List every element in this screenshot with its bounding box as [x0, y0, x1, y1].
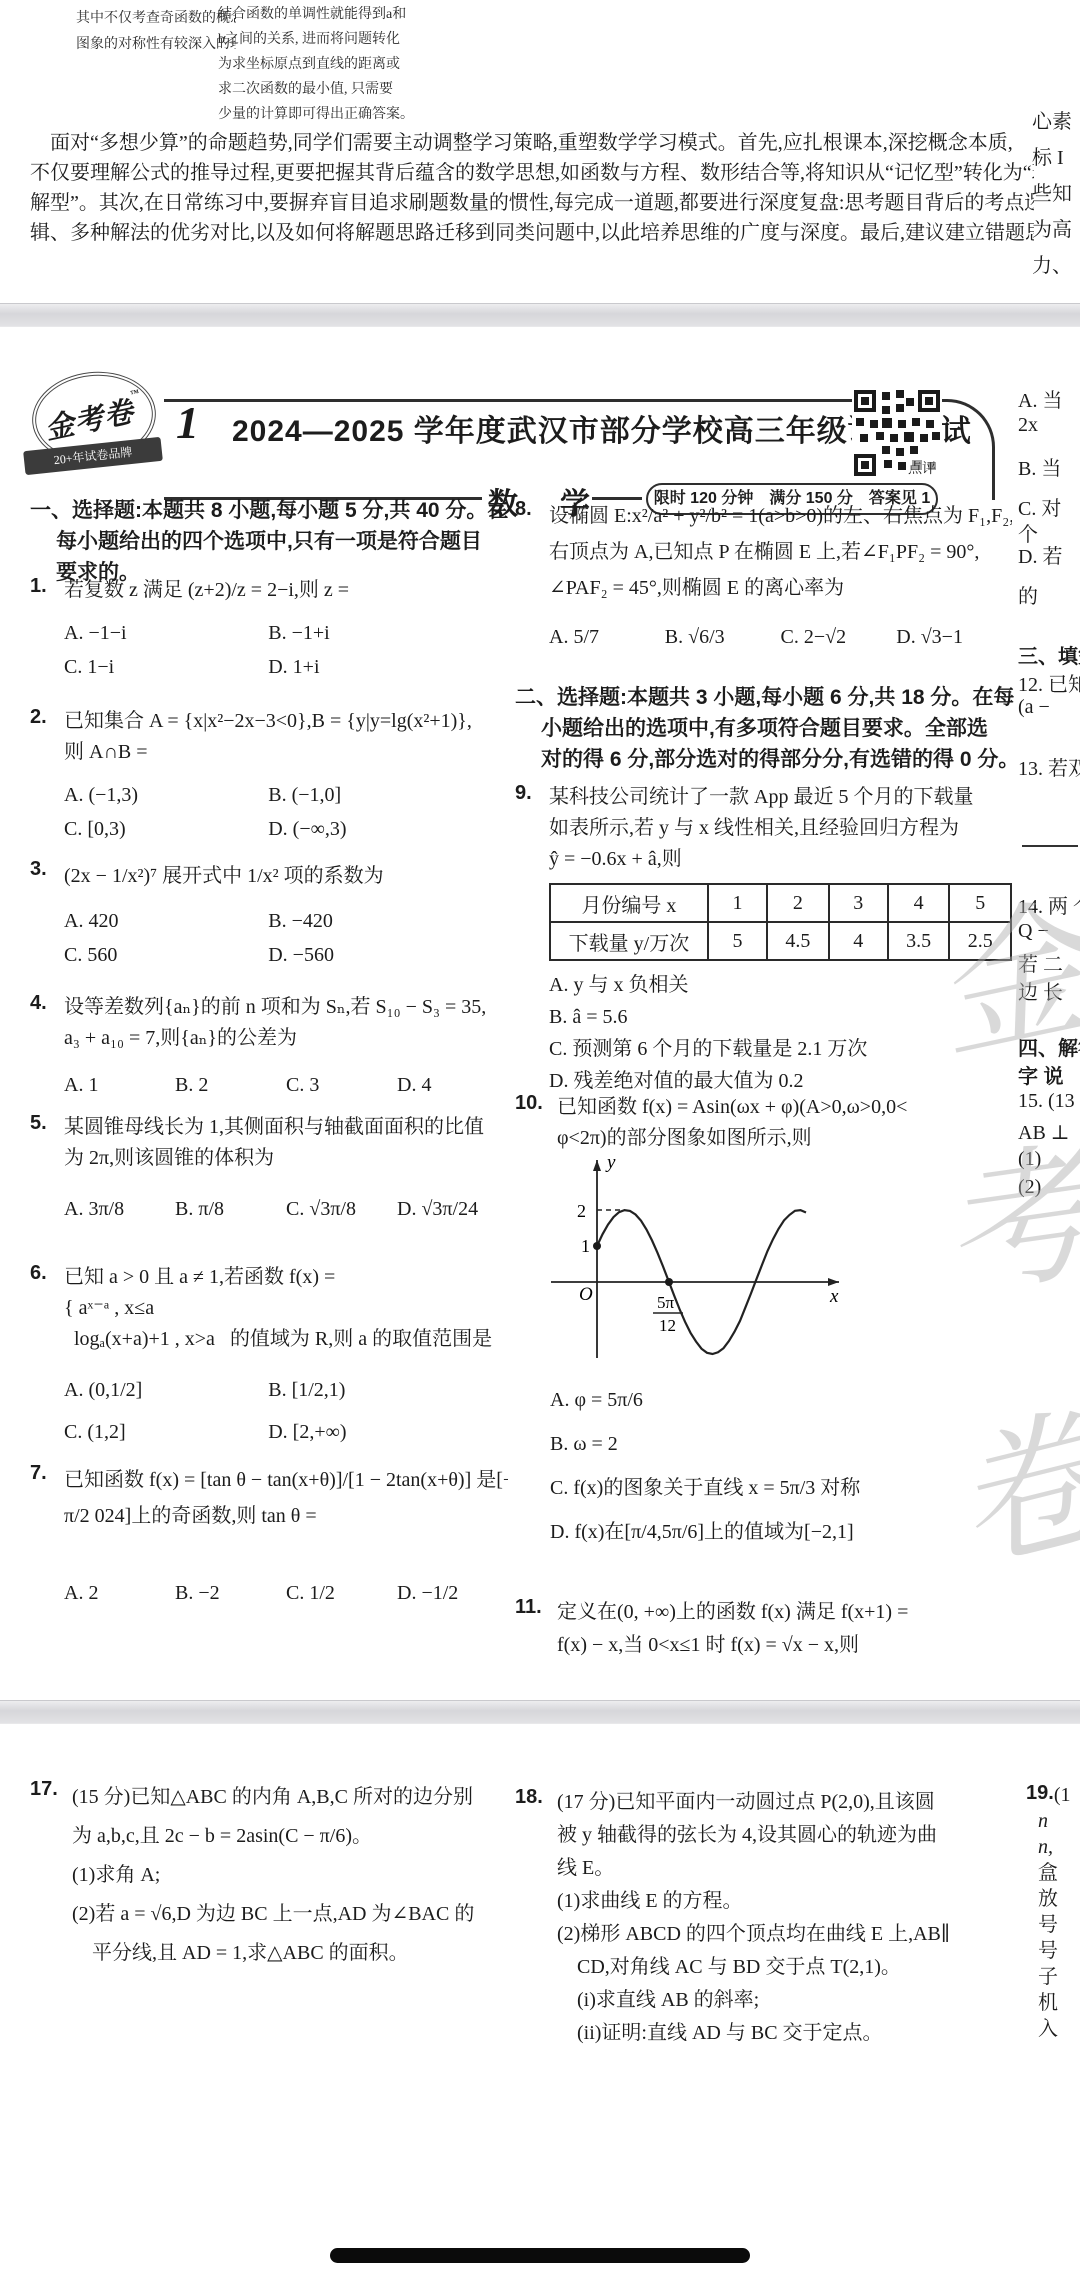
options-grid: A. 1 B. 2 C. 3 D. 4	[64, 1066, 508, 1104]
question-part-1: (1)求角 A;	[72, 1856, 512, 1895]
point-0-1	[593, 1242, 601, 1250]
logo-brand-text: 金考卷™	[41, 387, 147, 448]
question-part-1: (1)求曲线 E 的方程。	[557, 1885, 1015, 1918]
y-axis-label: y	[605, 1152, 616, 1173]
advice-paragraph: 面对“多想少算”的命题趋势,同学们需要主动调整学习策略,重塑数学学习模式。首先,…	[30, 128, 1034, 248]
option-c: C. 1/2	[286, 1574, 397, 1612]
question-stem: 则 A∩B =	[64, 737, 508, 768]
question-part-2: (2)梯形 ABCD 的四个顶点均在曲线 E 上,AB∥	[557, 1918, 1015, 1951]
screenshot-seam-top	[0, 303, 1080, 327]
table-cell: 4	[829, 922, 888, 960]
section-line: 小题给出的选项中,有多项符合题目要求。全部选	[515, 713, 1015, 744]
question-number: 5.	[30, 1112, 64, 1135]
sine-function-graph: y x O 2 1 5π 12	[545, 1150, 855, 1365]
question-number: 17.	[30, 1778, 72, 1801]
clipped-text: n	[1026, 1808, 1080, 1834]
option-d: D. f(x)在[π/4,5π/6]上的值域为[−2,1]	[550, 1510, 1010, 1554]
option-c: C. 560	[64, 938, 268, 972]
paragraph-line: 不仅要理解公式的推导过程,更要把握其背后蕴含的数学思想,如函数与方程、数形结合等…	[30, 158, 1034, 188]
option-c: C. 1−i	[64, 650, 268, 684]
option-b: B. −420	[268, 904, 508, 938]
option-b: B. 2	[175, 1066, 286, 1104]
option-d: D. (−∞,3)	[268, 812, 508, 846]
question-number: 4.	[30, 992, 64, 1015]
y-axis-arrow	[593, 1160, 601, 1171]
commentary-line: 结合函数的单调性就能得到a和	[218, 2, 408, 27]
table-cell: 月份编号 x	[550, 884, 708, 922]
question-stem: 某圆锥母线长为 1,其侧面积与轴截面面积的比值	[64, 1112, 508, 1143]
clipped-text: n,	[1026, 1834, 1080, 1860]
question-3: 3. (2x − 1/x²)⁷ 展开式中 1/x² 项的系数为 A. 420 B…	[30, 858, 508, 972]
question-stem: 如表所示,若 y 与 x 线性相关,且经验回归方程为	[549, 813, 1012, 844]
question-stem-piecewise: { aˣ⁻ᵃ , x≤a	[64, 1293, 508, 1324]
clipped-section-3-header: 三、填空	[1018, 640, 1080, 669]
question-1: 1. 若复数 z 满足 (z+2)/z = 2−i,则 z = A. −1−i …	[30, 575, 508, 684]
home-indicator[interactable]	[330, 2248, 750, 2263]
question-stem: 为 2π,则该圆锥的体积为	[64, 1143, 508, 1174]
question-stem: f(x) − x,当 0<x≤1 时 f(x) = √x − x,则	[557, 1629, 1012, 1662]
question-stem: a₃ + a₁₀ = 7,则{aₙ}的公差为	[64, 1023, 508, 1054]
clipped-text: 的	[1018, 580, 1038, 609]
option-b: B. −2	[175, 1574, 286, 1612]
commentary-line: b之间的关系, 进而将问题转化	[218, 27, 408, 52]
question-stem: 设椭圆 E:x²/a² + y²/b² = 1(a>b>0)的左、右焦点为 F₁…	[549, 498, 1012, 534]
table-cell: 2	[767, 884, 829, 922]
option-c: C. 3	[286, 1066, 397, 1104]
clipped-text: 号	[1026, 1912, 1080, 1938]
question-stem: 已知集合 A = {x|x²−2x−3<0},B = {y|y=lg(x²+1)…	[64, 706, 508, 737]
clipped-text: (1	[1054, 1782, 1071, 1808]
question-number: 8.	[515, 498, 549, 521]
clipped-text: 子	[1026, 1964, 1080, 1990]
origin-label: O	[579, 1284, 593, 1305]
qr-caption: 点评	[908, 458, 936, 478]
option-d: D. 1+i	[268, 650, 508, 684]
clipped-text: D. 若	[1018, 540, 1062, 569]
question-number: 1.	[30, 575, 64, 598]
question-line: 为 a,b,c,且 2c − b = 2asin(C − π/6)。	[72, 1817, 512, 1856]
question-8: 8. 设椭圆 E:x²/a² + y²/b² = 1(a>b>0)的左、右焦点为…	[515, 498, 1012, 656]
option-d: D. √3−1	[896, 618, 1012, 656]
question-number: 11.	[515, 1596, 557, 1619]
commentary-column-2: 结合函数的单调性就能得到a和 b之间的关系, 进而将问题转化 为求坐标原点到直线…	[218, 2, 408, 127]
option-b: B. −1+i	[268, 616, 508, 650]
clipped-text: 盒	[1026, 1860, 1080, 1886]
question-stem: 若复数 z 满足 (z+2)/z = 2−i,则 z =	[64, 575, 508, 606]
options-grid: A. 420 B. −420 C. 560 D. −560	[64, 904, 508, 972]
option-c: C. 2−√2	[781, 618, 897, 656]
question-number: 18.	[515, 1786, 557, 1809]
option-c: C. f(x)的图象关于直线 x = 5π/3 对称	[550, 1466, 1010, 1510]
question-stem: 设等差数列{aₙ}的前 n 项和为 Sₙ,若 S₁₀ − S₃ = 35,	[64, 992, 508, 1023]
question-stem: π/2 024]上的奇函数,则 tan θ =	[64, 1498, 508, 1534]
options-grid: A. (0,1/2] B. [1/2,1) C. (1,2] D. [2,+∞)	[64, 1369, 508, 1453]
question-number: 19.	[1026, 1782, 1054, 1808]
question-2: 2. 已知集合 A = {x|x²−2x−3<0},B = {y|y=lg(x²…	[30, 706, 508, 846]
trademark-mark: ™	[129, 387, 141, 399]
question-stem: ∠PAF₂ = 45°,则椭圆 E 的离心率为	[549, 570, 1012, 606]
option-b: B. √6/3	[665, 618, 781, 656]
option-c: C. [0,3)	[64, 812, 268, 846]
question-stem: 某科技公司统计了一款 App 最近 5 个月的下载量	[549, 782, 1012, 813]
question-part-2i: (i)求直线 AB 的斜率;	[557, 1984, 1015, 2017]
clipped-text: (a −	[1018, 696, 1050, 719]
question-number: 10.	[515, 1092, 557, 1115]
option-d: D. 4	[397, 1066, 508, 1104]
question-stem: 定义在(0, +∞)上的函数 f(x) 满足 f(x+1) =	[557, 1596, 1012, 1629]
question-number: 6.	[30, 1262, 64, 1285]
screenshot-root: { "top": { "col1": ["其中不仅考查奇函数的概念, 还要对其"…	[0, 0, 1080, 2274]
option-b: B. π/8	[175, 1190, 286, 1228]
question-stem: 已知 a > 0 且 a ≠ 1,若函数 f(x) =	[64, 1262, 508, 1293]
section-2-header: 二、选择题:本题共 3 小题,每小题 6 分,共 18 分。在每 小题给出的选项…	[515, 682, 1015, 775]
clipped-question-12: 12. 已知	[1018, 668, 1080, 697]
commentary-line: 求二次函数的最小值, 只需要	[218, 77, 408, 102]
question-6: 6. 已知 a > 0 且 a ≠ 1,若函数 f(x) = { aˣ⁻ᵃ , …	[30, 1262, 508, 1453]
question-4: 4. 设等差数列{aₙ}的前 n 项和为 Sₙ,若 S₁₀ − S₃ = 35,…	[30, 992, 508, 1104]
clipped-text: C. 对	[1018, 492, 1061, 521]
section-line: 对的得 6 分,部分选对的得部分分,有选错的得 0 分。	[515, 744, 1015, 775]
table-cell: 下载量 y/万次	[550, 922, 708, 960]
jinkaojuan-logo: 金考卷™ 20+年试卷品牌	[24, 372, 162, 482]
question-part-2ii: (ii)证明:直线 AD 与 BC 交于定点。	[557, 2017, 1015, 2050]
question-stem-piecewise: logₐ(x+a)+1 , x>a 的值域为 R,则 a 的取值范围是	[64, 1324, 508, 1355]
question-7: 7. 已知函数 f(x) = [tan θ − tan(x+θ)]/[1 − 2…	[30, 1462, 508, 1612]
commentary-line: 图象的对称性有较深入的理解。	[76, 32, 236, 58]
question-line: (17 分)已知平面内一动圆过点 P(2,0),且该圆	[557, 1786, 1015, 1819]
option-d: D. [2,+∞)	[268, 1411, 508, 1453]
option-c: C. 预测第 6 个月的下载量是 2.1 万次	[549, 1033, 1012, 1065]
option-a: A. 2	[64, 1574, 175, 1612]
question-18: 18. (17 分)已知平面内一动圆过点 P(2,0),且该圆 被 y 轴截得的…	[515, 1786, 1015, 2050]
option-a: A. 1	[64, 1066, 175, 1104]
question-line: 线 E。	[557, 1852, 1015, 1885]
options-grid: A. 2 B. −2 C. 1/2 D. −1/2	[64, 1574, 508, 1612]
option-d: D. −560	[268, 938, 508, 972]
option-b: B. [1/2,1)	[268, 1369, 508, 1411]
paragraph-line: 辑、多种解法的优劣对比,以及如何将解题思路迁移到同类问题中,以此培养思维的广度与…	[30, 218, 1034, 248]
clipped-question-13: 13. 若双	[1018, 752, 1080, 781]
section-line: 二、选择题:本题共 3 小题,每小题 6 分,共 18 分。在每	[515, 682, 1015, 713]
answer-blank-line	[1022, 845, 1078, 847]
options-grid: A. 3π/8 B. π/8 C. √3π/8 D. √3π/24	[64, 1190, 508, 1228]
x-axis-label: x	[829, 1286, 839, 1307]
question-11: 11. 定义在(0, +∞)上的函数 f(x) 满足 f(x+1) = f(x)…	[515, 1596, 1012, 1662]
options-grid: A. (−1,3) B. (−1,0] C. [0,3) D. (−∞,3)	[64, 778, 508, 846]
watermark-juan: 卷	[928, 1355, 1080, 1601]
question-17: 17. (15 分)已知△ABC 的内角 A,B,C 所对的边分别 为 a,b,…	[30, 1778, 512, 1973]
option-a: A. (0,1/2]	[64, 1369, 268, 1411]
clipped-text: B. 当	[1018, 452, 1061, 481]
option-a: A. −1−i	[64, 616, 268, 650]
x-tick-frac-numerator: 5π	[657, 1293, 675, 1312]
question-line: (15 分)已知△ABC 的内角 A,B,C 所对的边分别	[72, 1778, 512, 1817]
point-zero-crossing	[665, 1278, 673, 1286]
question-number: 7.	[30, 1462, 64, 1485]
section-line: 一、选择题:本题共 8 小题,每小题 5 分,共 40 分。在	[30, 495, 510, 526]
option-d: D. √3π/24	[397, 1190, 508, 1228]
option-a: A. (−1,3)	[64, 778, 268, 812]
question-stem: (2x − 1/x²)⁷ 展开式中 1/x² 项的系数为	[64, 858, 508, 894]
options-grid: A. 5/7 B. √6/3 C. 2−√2 D. √3−1	[549, 618, 1012, 656]
clipped-text: 2x	[1018, 414, 1038, 437]
section-line: 每小题给出的四个选项中,只有一项是符合题目	[30, 526, 510, 557]
option-c: C. (1,2]	[64, 1411, 268, 1453]
question-stem: 右顶点为 A,已知点 P 在椭圆 E 上,若∠F₁PF₂ = 90°,	[549, 534, 1012, 570]
screenshot-seam-bottom	[0, 1700, 1080, 1724]
x-tick-frac-denominator: 12	[659, 1316, 676, 1335]
commentary-line: 少量的计算即可得出正确答案。	[218, 102, 408, 127]
clipped-text: 入	[1026, 2016, 1080, 2042]
commentary-line: 为求坐标原点到直线的距离或	[218, 52, 408, 77]
option-d: D. −1/2	[397, 1574, 508, 1612]
paragraph-line: 解型”。其次,在日常练习中,要摒弃盲目追求刷题数量的惯性,每完成一道题,都要进行…	[30, 188, 1034, 218]
question-number: 9.	[515, 782, 549, 805]
question-part-2: (2)若 a = √6,D 为边 BC 上一点,AD 为∠BAC 的	[72, 1895, 512, 1934]
watermark-kao: 考	[928, 1091, 1080, 1326]
question-5: 5. 某圆锥母线长为 1,其侧面积与轴截面面积的比值 为 2π,则该圆锥的体积为…	[30, 1112, 508, 1228]
option-a: A. 5/7	[549, 618, 665, 656]
option-c: C. √3π/8	[286, 1190, 397, 1228]
table-cell: 4.5	[767, 922, 829, 960]
question-number: 3.	[30, 858, 64, 881]
question-stem: 已知函数 f(x) = [tan θ − tan(x+θ)]/[1 − 2tan…	[64, 1462, 508, 1498]
commentary-column-1: 其中不仅考查奇函数的概念, 还要对其 图象的对称性有较深入的理解。	[76, 6, 236, 58]
clipped-text: 号	[1026, 1938, 1080, 1964]
clipped-text: 机	[1026, 1990, 1080, 2016]
y-tick-1: 1	[581, 1236, 590, 1256]
paper-number: 1	[176, 396, 199, 449]
option-a: A. 3π/8	[64, 1190, 175, 1228]
question-number: 2.	[30, 706, 64, 729]
paragraph-line: 面对“多想少算”的命题趋势,同学们需要主动调整学习策略,重塑数学学习模式。首先,…	[30, 128, 1034, 158]
y-tick-2: 2	[577, 1201, 586, 1221]
option-b: B. (−1,0]	[268, 778, 508, 812]
question-line: 被 y 轴截得的弦长为 4,设其圆心的轨迹为曲	[557, 1819, 1015, 1852]
table-cell: 5	[708, 922, 767, 960]
options-grid: A. −1−i B. −1+i C. 1−i D. 1+i	[64, 616, 508, 684]
question-line: CD,对角线 AC 与 BD 交于点 T(2,1)。	[557, 1951, 1015, 1984]
clipped-text: 放	[1026, 1886, 1080, 1912]
clipped-question-19: 19. (1 n n, 盒 放 号 号 子 机 入	[1026, 1782, 1080, 2112]
table-cell: 3	[829, 884, 888, 922]
clipped-text: A. 当	[1018, 384, 1062, 413]
table-cell: 1	[708, 884, 767, 922]
option-a: A. 420	[64, 904, 268, 938]
x-axis-arrow	[828, 1278, 839, 1286]
question-line: 平分线,且 AD = 1,求△ABC 的面积。	[72, 1934, 512, 1973]
commentary-line: 其中不仅考查奇函数的概念, 还要对其	[76, 6, 236, 32]
